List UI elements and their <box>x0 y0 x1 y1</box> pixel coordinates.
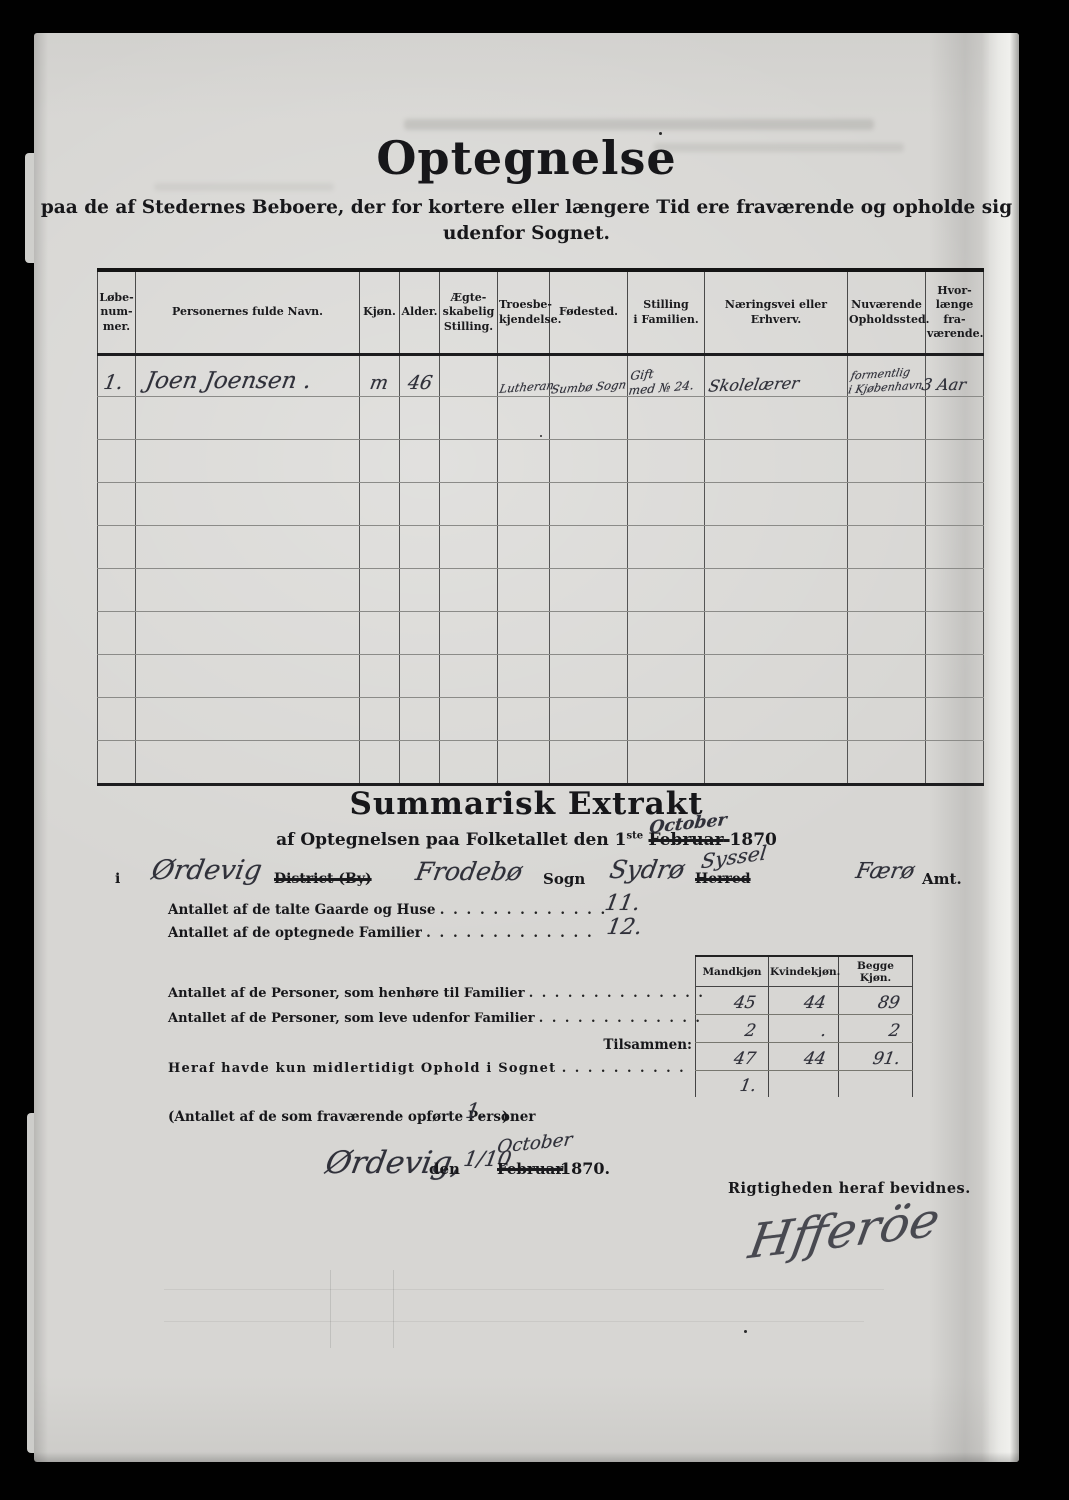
record-table-header-row: Løbe- num- mer. Personernes fulde Navn. … <box>98 270 984 355</box>
record-empty-cell <box>848 526 926 569</box>
record-empty-cell <box>360 741 400 785</box>
col-header-naeringsvei: Næringsvei eller Erhverv. <box>705 270 848 355</box>
persons-label-total: Tilsammen: <box>574 1037 692 1053</box>
location-amt-place: Færø <box>854 859 917 884</box>
value-m: 2 <box>743 1021 757 1041</box>
record-empty-cell <box>98 655 136 698</box>
bottom-edge-shadow <box>34 1452 1019 1462</box>
persons-row-total: 47 44 91. <box>696 1043 913 1071</box>
record-empty-cell <box>136 526 360 569</box>
entry-family-position: Gift med № 24. <box>628 363 697 398</box>
subtitle-line-1: paa de af Stedernes Beboere, der for kor… <box>34 197 1019 218</box>
bleed-through-line <box>164 1289 884 1290</box>
record-empty-cell <box>498 526 550 569</box>
record-empty-cell <box>136 569 360 612</box>
record-empty-row <box>98 655 984 698</box>
dateline-month-inserted: October <box>496 1129 573 1158</box>
leader-dots: . . . . . . . . . . . . . <box>426 925 594 941</box>
entry-occupation: Skolelærer <box>707 373 801 395</box>
record-empty-cell <box>440 741 498 785</box>
col-header-aegteskabelig: Ægte- skabelig Stilling. <box>440 270 498 355</box>
record-empty-cell <box>705 569 848 612</box>
record-empty-cell <box>550 483 628 526</box>
extract-line-sup: ste <box>626 830 643 841</box>
record-table-body: 1. Joen Joensen . m 46 Lutheran Sumbø So… <box>98 355 984 785</box>
record-empty-cell <box>498 397 550 440</box>
record-empty-cell <box>848 397 926 440</box>
location-district-struck: District (By) <box>274 871 372 887</box>
right-page-edge <box>982 33 1019 1462</box>
record-empty-cell <box>550 698 628 741</box>
count-familier-value: 12. <box>605 915 644 940</box>
record-empty-cell <box>628 397 705 440</box>
record-empty-cell <box>498 612 550 655</box>
col-header-stilling: Stilling i Familien. <box>628 270 705 355</box>
record-empty-cell <box>705 698 848 741</box>
location-herred-struck: Herred <box>695 871 751 887</box>
record-empty-cell <box>98 569 136 612</box>
leader-dots: . . . . . . . . . . <box>562 1061 686 1076</box>
entry-birthplace: Sumbø Sogn <box>550 377 627 396</box>
col-header-beggekjon: Begge Kjøn. <box>839 956 913 987</box>
record-empty-cell <box>360 440 400 483</box>
persons-label-temporary: Heraf havde kun midlertidigt Ophold i So… <box>168 1061 686 1076</box>
record-row-1: 1. Joen Joensen . m 46 Lutheran Sumbø So… <box>98 355 984 397</box>
record-empty-cell <box>440 483 498 526</box>
location-sogn-label: Sogn <box>543 870 585 888</box>
record-table: Løbe- num- mer. Personernes fulde Navn. … <box>97 268 984 786</box>
record-empty-cell <box>360 397 400 440</box>
record-empty-cell <box>400 741 440 785</box>
persons-table: Mandkjøn Kvindekjøn. Begge Kjøn. 45 44 8… <box>695 955 913 1097</box>
extract-line: af Optegnelsen paa Folketallet den 1ste … <box>34 830 1019 850</box>
record-empty-cell <box>98 526 136 569</box>
record-empty-cell <box>628 483 705 526</box>
record-empty-cell <box>926 655 984 698</box>
record-empty-cell <box>848 440 926 483</box>
col-header-troesbekjendelse: Troesbe- kjendelse. <box>498 270 550 355</box>
record-empty-cell <box>550 741 628 785</box>
record-empty-cell <box>705 741 848 785</box>
record-empty-cell <box>498 698 550 741</box>
persons-label-outside: Antallet af de Personer, som leve udenfo… <box>168 1011 702 1026</box>
scanned-census-page: Optegnelse paa de af Stedernes Beboere, … <box>0 0 1069 1500</box>
record-empty-cell <box>498 741 550 785</box>
record-empty-cell <box>440 612 498 655</box>
subtitle-line-2: udenfor Sognet. <box>34 223 1019 244</box>
record-empty-cell <box>136 483 360 526</box>
record-empty-cell <box>705 440 848 483</box>
col-header-kjon: Kjøn. <box>360 270 400 355</box>
ink-speck <box>744 1330 747 1333</box>
record-empty-cell <box>628 655 705 698</box>
bleed-through-line <box>164 1321 864 1322</box>
record-empty-cell <box>400 569 440 612</box>
record-empty-cell <box>926 698 984 741</box>
label-text: Antallet af de Personer, som henhøre til… <box>168 986 525 1001</box>
entry-residence: formentlig i Kjøbenhavn <box>847 365 926 399</box>
record-empty-cell <box>848 741 926 785</box>
entry-sex: m <box>368 372 390 394</box>
record-empty-cell <box>360 655 400 698</box>
record-empty-cell <box>550 526 628 569</box>
record-empty-cell <box>628 612 705 655</box>
record-empty-cell <box>498 655 550 698</box>
record-empty-cell <box>440 698 498 741</box>
record-empty-cell <box>848 655 926 698</box>
col-header-opholdssted: Nuværende Opholdssted. <box>848 270 926 355</box>
record-empty-cell <box>705 397 848 440</box>
persons-label-families: Antallet af de Personer, som henhøre til… <box>168 986 705 1001</box>
record-empty-cell <box>360 526 400 569</box>
extract-line-text: af Optegnelsen paa Folketallet den 1 <box>276 830 626 850</box>
count-familier-line: Antallet af de optegnede Familier . . . … <box>168 925 594 941</box>
value-b: 91. <box>871 1049 902 1069</box>
col-header-mandkjon: Mandkjøn <box>696 956 769 987</box>
entry-age: 46 <box>406 372 434 394</box>
record-empty-cell <box>136 741 360 785</box>
record-empty-cell <box>98 483 136 526</box>
record-empty-cell <box>400 483 440 526</box>
location-amt-label: Amt. <box>922 870 962 888</box>
record-empty-cell <box>498 483 550 526</box>
record-empty-cell <box>440 526 498 569</box>
label-text: Heraf havde kun midlertidigt Ophold i So… <box>168 1061 556 1076</box>
record-empty-cell <box>98 698 136 741</box>
record-empty-cell <box>136 440 360 483</box>
value-b: 89 <box>877 993 902 1013</box>
persons-row-families: 45 44 89 <box>696 987 913 1015</box>
record-empty-cell <box>136 397 360 440</box>
signature: Hfferöe <box>745 1192 944 1270</box>
record-empty-cell <box>705 483 848 526</box>
col-header-alder: Alder. <box>400 270 440 355</box>
record-empty-cell <box>400 698 440 741</box>
entry-creed: Lutheran <box>498 378 555 396</box>
page-stack-edge-bottom <box>27 1113 34 1453</box>
record-empty-cell <box>628 741 705 785</box>
record-empty-cell <box>440 655 498 698</box>
record-empty-cell <box>628 698 705 741</box>
record-empty-cell <box>926 483 984 526</box>
record-empty-cell <box>926 440 984 483</box>
leader-dots: . . . . . . . . . . . . . <box>539 1011 702 1026</box>
record-empty-row <box>98 569 984 612</box>
value-m: 1. <box>738 1076 758 1096</box>
record-empty-cell <box>360 569 400 612</box>
location-parish: Frodebø <box>413 857 524 886</box>
page-title: Optegnelse <box>34 131 1019 185</box>
left-edge-shadow <box>34 33 48 1462</box>
col-header-hvorlaenge: Hvor- længe fra- værende. <box>926 270 984 355</box>
record-empty-cell <box>550 612 628 655</box>
persons-row-outside: 2 . 2 <box>696 1015 913 1043</box>
record-empty-cell <box>360 698 400 741</box>
bleed-through-text <box>404 119 874 130</box>
record-empty-cell <box>98 612 136 655</box>
record-empty-cell <box>136 655 360 698</box>
col-header-navn: Personernes fulde Navn. <box>136 270 360 355</box>
persons-row-temporary: 1. <box>696 1071 913 1098</box>
record-empty-cell <box>848 483 926 526</box>
col-header-lobenummer: Løbe- num- mer. <box>98 270 136 355</box>
record-empty-cell <box>98 397 136 440</box>
leader-dots: . . . . . . . . . . . . . <box>440 902 608 918</box>
location-i: i <box>115 871 120 887</box>
record-empty-cell <box>550 655 628 698</box>
record-empty-cell <box>360 483 400 526</box>
value-b: 2 <box>887 1021 901 1041</box>
record-empty-cell <box>360 612 400 655</box>
record-empty-cell <box>705 655 848 698</box>
record-empty-row <box>98 526 984 569</box>
dateline-den: den <box>429 1160 460 1178</box>
record-empty-row <box>98 483 984 526</box>
record-empty-row <box>98 698 984 741</box>
entry-number: 1. <box>102 370 125 394</box>
record-empty-row <box>98 612 984 655</box>
count-familier-label: Antallet af de optegnede Familier <box>168 925 422 941</box>
record-empty-row <box>98 440 984 483</box>
value-k: . <box>819 1021 828 1041</box>
entry-duration: 3 Aar <box>920 375 967 394</box>
record-empty-cell <box>98 741 136 785</box>
record-empty-row <box>98 741 984 785</box>
value-m: 45 <box>733 993 758 1013</box>
summary-heading: Summarisk Extrakt <box>34 786 1019 822</box>
leader-dots: . . . . . . . . . . . . . . <box>529 986 705 1001</box>
count-gaarde-label: Antallet af de talte Gaarde og Huse <box>168 902 435 918</box>
location-herred-place: Sydrø <box>607 855 686 884</box>
record-empty-cell <box>550 440 628 483</box>
record-empty-cell <box>926 526 984 569</box>
count-gaarde-line: Antallet af de talte Gaarde og Huse . . … <box>168 902 607 918</box>
record-empty-cell <box>498 440 550 483</box>
record-empty-cell <box>926 397 984 440</box>
record-empty-row <box>98 397 984 440</box>
record-empty-cell <box>136 612 360 655</box>
col-header-kvindekjon: Kvindekjøn. <box>769 956 839 987</box>
value-k: 44 <box>803 1049 828 1069</box>
record-empty-cell <box>926 741 984 785</box>
record-empty-cell <box>440 440 498 483</box>
location-place: Ørdevig <box>149 855 264 886</box>
entry-name: Joen Joensen . <box>144 368 314 394</box>
absent-line-value: 1. <box>464 1099 488 1123</box>
label-text: Antallet af de Personer, som leve udenfo… <box>168 1011 535 1026</box>
value-m: 47 <box>733 1049 758 1069</box>
record-empty-cell <box>550 397 628 440</box>
page-stack-edge-top <box>25 153 34 263</box>
record-empty-cell <box>628 440 705 483</box>
persons-table-header: Mandkjøn Kvindekjøn. Begge Kjøn. <box>696 956 913 987</box>
col-header-fodested: Fødested. <box>550 270 628 355</box>
record-empty-cell <box>400 440 440 483</box>
dateline-month-struck: Februar <box>497 1160 563 1178</box>
dateline-year: 1870. <box>560 1159 610 1178</box>
paper-sheet: Optegnelse paa de af Stedernes Beboere, … <box>34 33 1019 1462</box>
record-empty-cell <box>400 612 440 655</box>
record-empty-cell <box>136 698 360 741</box>
record-empty-cell <box>848 569 926 612</box>
record-empty-cell <box>550 569 628 612</box>
record-empty-cell <box>440 569 498 612</box>
value-k: 44 <box>803 993 828 1013</box>
record-empty-cell <box>98 440 136 483</box>
record-empty-cell <box>705 612 848 655</box>
record-empty-cell <box>848 698 926 741</box>
record-empty-cell <box>705 526 848 569</box>
record-empty-cell <box>498 569 550 612</box>
count-gaarde-value: 11. <box>603 891 642 916</box>
record-empty-cell <box>400 655 440 698</box>
record-empty-cell <box>400 397 440 440</box>
record-empty-cell <box>440 397 498 440</box>
record-empty-cell <box>926 569 984 612</box>
record-empty-cell <box>628 569 705 612</box>
record-empty-cell <box>400 526 440 569</box>
record-empty-cell <box>926 612 984 655</box>
absent-line-close: ) <box>502 1109 508 1125</box>
bleed-through-grid <box>330 1270 394 1348</box>
record-empty-cell <box>848 612 926 655</box>
record-empty-cell <box>628 526 705 569</box>
